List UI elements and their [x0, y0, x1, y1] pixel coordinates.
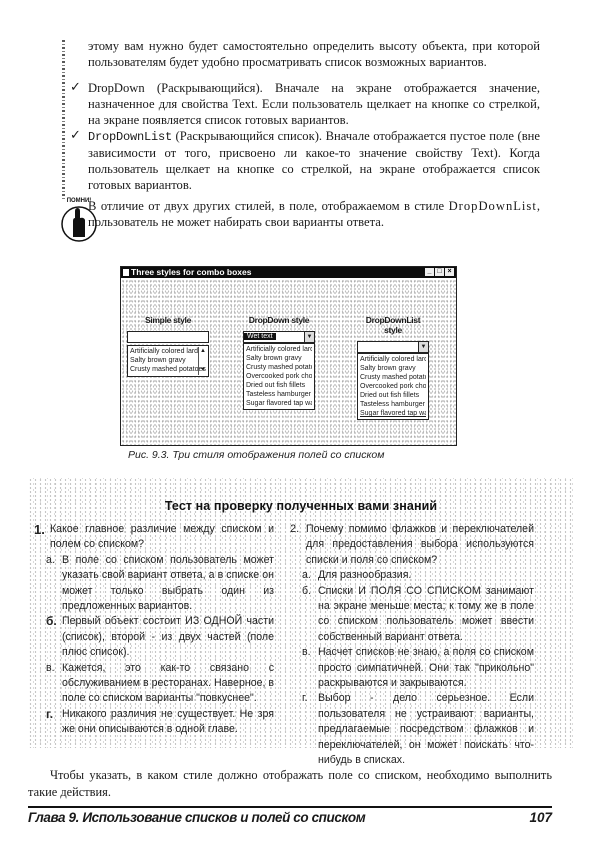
option-letter: б. — [34, 614, 62, 660]
bullet-dropdown-text: (Раскрывающийся). Вначале на экране отоб… — [88, 81, 540, 127]
answer-option: в.Кажется, это как-то связано с обслужив… — [34, 661, 274, 707]
list-item[interactable]: Overcooked pork chops — [246, 372, 312, 381]
scroll-down-icon[interactable]: ▼ — [199, 366, 207, 375]
window-system-icon — [123, 269, 129, 276]
dropdown-arrow-icon[interactable]: ▼ — [304, 332, 314, 342]
combo-simple-label: Simple style — [127, 315, 209, 325]
minimize-button[interactable]: _ — [425, 268, 434, 276]
option-letter: в. — [34, 661, 62, 707]
dropdown-arrow-icon[interactable]: ▼ — [418, 342, 428, 352]
list-item[interactable]: Salty brown gravy — [360, 364, 426, 373]
combo-styles-window: Three styles for combo boxes _ □ × Simpl… — [120, 266, 457, 446]
window-title: Three styles for combo boxes — [131, 267, 251, 277]
close-button[interactable]: × — [445, 268, 454, 276]
quiz-question-1: 1.Какое главное различие между списком и… — [34, 522, 274, 738]
option-letter: а. — [290, 568, 318, 583]
option-text: Насчет списков не знаю, а поля со списко… — [318, 645, 534, 691]
footer-chapter-title: Глава 9. Использование списков и полей с… — [28, 810, 365, 825]
option-letter: г. — [290, 691, 318, 768]
question-text: Почему помимо флажков и переключателей д… — [306, 522, 534, 568]
option-text: Первый объект состоит ИЗ ОДНОЙ части (сп… — [62, 614, 274, 660]
combo-dropdownlist: DropDownList style ▼ Artificially colore… — [357, 315, 429, 420]
answer-option: б.Списки И ПОЛЯ СО СПИСКОМ занимают на э… — [290, 584, 534, 646]
list-item[interactable]: Tasteless hamburger pat — [246, 390, 312, 399]
remember-text-before: В отличие от двух других стилей, в поле,… — [88, 199, 449, 213]
quiz-question-2: 2.Почему помимо флажков и переключателей… — [290, 522, 534, 769]
answer-option: а.Для разнообразия. — [290, 568, 534, 583]
bullet-dropdown: DropDown (Раскрывающийся). Вначале на эк… — [88, 80, 540, 128]
list-item[interactable]: Artificially colored lard — [130, 347, 206, 356]
checkmark-icon: ✓ — [70, 80, 81, 95]
question-number: 2. — [290, 522, 306, 568]
combo-dropdownlist-label: DropDownList style — [357, 315, 429, 335]
paragraph-intro: этому вам нужно будет самостоятельно опр… — [88, 38, 540, 70]
list-item[interactable]: Salty brown gravy — [130, 356, 206, 365]
combo-dropdown: DropDown style Wet text▼ Artificially co… — [243, 315, 315, 410]
scroll-up-icon[interactable]: ▲ — [199, 347, 207, 356]
list-item[interactable]: Artificially colored lard — [360, 355, 426, 364]
term-dropdown: DropDown — [88, 81, 145, 95]
option-letter: г. — [34, 707, 62, 738]
option-text: Кажется, это как-то связано с обслуживан… — [62, 661, 274, 707]
figure-caption-text: Три стиля отображения полей со списком — [169, 449, 384, 461]
option-letter: в. — [290, 645, 318, 691]
list-item[interactable]: Dried out fish fillets — [246, 381, 312, 390]
option-text: Никакого различия не существует. Не зря … — [62, 707, 274, 738]
maximize-button[interactable]: □ — [435, 268, 444, 276]
option-text: В поле со списком пользователь может ука… — [62, 553, 274, 615]
scrollbar[interactable]: ▲▼ — [198, 347, 207, 375]
list-item[interactable]: Crusty mashed potatoes — [246, 363, 312, 372]
combo-dropdownlist-edit[interactable]: ▼ — [357, 341, 429, 353]
list-item[interactable]: Sugar flavored tap water — [246, 399, 312, 408]
quiz-title: Тест на проверку полученных вами знаний — [28, 499, 574, 514]
remember-note: В отличие от двух других стилей, в поле,… — [88, 198, 540, 230]
window-titlebar: Three styles for combo boxes _ □ × — [121, 267, 456, 278]
list-item[interactable]: Dried out fish fillets — [360, 391, 426, 400]
bullet-dropdownlist: DropDownList (Раскрывающийся список). Вн… — [88, 128, 540, 193]
question-number: 1. — [34, 522, 50, 553]
figure-caption: Рис. 9.3. Три стиля отображения полей со… — [128, 449, 384, 461]
option-text: Выбор - дело серьезное. Если пользовател… — [318, 691, 534, 768]
answer-option: б.Первый объект состоит ИЗ ОДНОЙ части (… — [34, 614, 274, 660]
combo-dropdown-edit[interactable]: Wet text▼ — [243, 331, 315, 343]
page-number: 107 — [529, 810, 552, 825]
list-item[interactable]: Tasteless hamburger pat — [360, 400, 426, 409]
option-text: Для разнообразия. — [318, 568, 411, 583]
question-text: Какое главное различие между списком и п… — [50, 522, 274, 553]
margin-decoration — [62, 40, 65, 200]
figure-number: Рис. 9.3. — [128, 449, 169, 461]
combo-dropdown-list[interactable]: Artificially colored lard Salty brown gr… — [243, 343, 315, 410]
answer-option: в.Насчет списков не знаю, а поля со спис… — [290, 645, 534, 691]
combo-simple: Simple style Artificially colored lard S… — [127, 315, 209, 377]
combo-dropdown-value: Wet text — [244, 333, 276, 340]
combo-dropdownlist-list[interactable]: Artificially colored lard Salty brown gr… — [357, 353, 429, 420]
option-letter: а. — [34, 553, 62, 615]
list-item[interactable]: Artificially colored lard — [246, 345, 312, 354]
list-item[interactable]: Crusty mashed potatoes — [360, 373, 426, 382]
footer-divider — [28, 806, 552, 808]
list-item[interactable]: Sugar flavored tap water — [360, 409, 426, 418]
option-text: Списки И ПОЛЯ СО СПИСКОМ занимают на экр… — [318, 584, 534, 646]
list-item[interactable]: Salty brown gravy — [246, 354, 312, 363]
list-item[interactable]: Crusty mashed potatoes — [130, 365, 206, 374]
list-item[interactable]: Overcooked pork chops — [360, 382, 426, 391]
combo-dropdown-label: DropDown style — [243, 315, 315, 325]
combo-simple-edit[interactable] — [127, 331, 209, 343]
answer-option: г.Никакого различия не существует. Не зр… — [34, 707, 274, 738]
term-dropdownlist: DropDownList — [88, 130, 172, 144]
answer-option: г.Выбор - дело серьезное. Если пользоват… — [290, 691, 534, 768]
option-letter: б. — [290, 584, 318, 646]
term-dropdownlist-inline: DropDownList — [449, 199, 537, 213]
checkmark-icon: ✓ — [70, 128, 81, 143]
combo-simple-list[interactable]: Artificially colored lard Salty brown gr… — [127, 345, 209, 377]
quiz-box: Тест на проверку полученных вами знаний … — [28, 478, 574, 748]
answer-option: а.В поле со списком пользователь может у… — [34, 553, 274, 615]
closing-paragraph: Чтобы указать, в каком стиле должно отоб… — [28, 767, 552, 801]
